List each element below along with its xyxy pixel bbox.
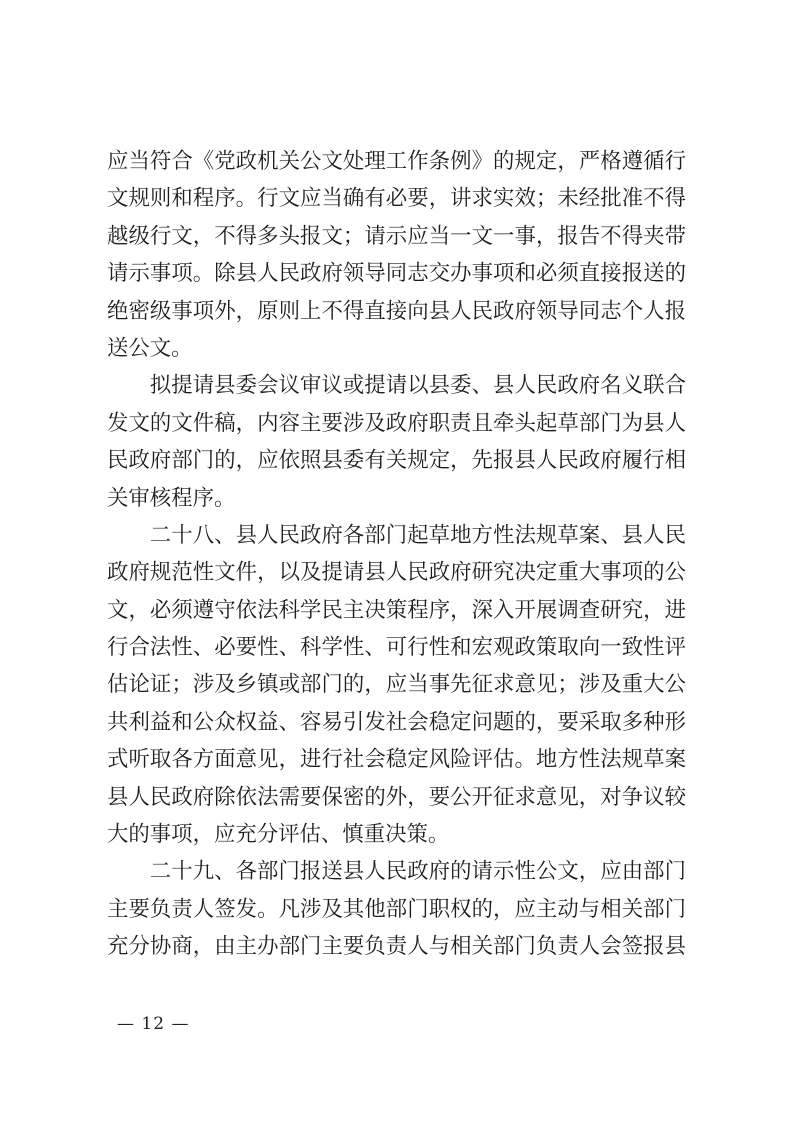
text-line: 估论证；涉及乡镇或部门的，应当事先征求意见；涉及重大公	[107, 666, 686, 703]
paragraph: 二十八、县人民政府各部门起草地方性法规草案、县人民 政府规范性文件，以及提请县人…	[107, 517, 686, 854]
paragraph: 应当符合《党政机关公文处理工作条例》的规定，严格遵循行 文规则和程序。行文应当确…	[107, 143, 686, 367]
text-line: 大的事项，应充分评估、慎重决策。	[107, 816, 686, 853]
text-line: 民政府部门的，应依照县委有关规定，先报县人民政府履行相	[107, 442, 686, 479]
text-line: 绝密级事项外，原则上不得直接向县人民政府领导同志个人报	[107, 293, 686, 330]
text-line: 共利益和公众权益、容易引发社会稳定问题的，要采取多种形	[107, 704, 686, 741]
text-line: 送公文。	[107, 330, 686, 367]
text-line: 二十九、各部门报送县人民政府的请示性公文，应由部门	[107, 853, 686, 890]
text-line: 行合法性、必要性、科学性、可行性和宏观政策取向一致性评	[107, 629, 686, 666]
text-line: 充分协商，由主办部门主要负责人与相关部门负责人会签报县	[107, 928, 686, 965]
text-line: 式听取各方面意见，进行社会稳定风险评估。地方性法规草案	[107, 741, 686, 778]
text-line: 政府规范性文件，以及提请县人民政府研究决定重大事项的公	[107, 554, 686, 591]
text-line: 请示事项。除县人民政府领导同志交办事项和必须直接报送的	[107, 255, 686, 292]
text-line: 应当符合《党政机关公文处理工作条例》的规定，严格遵循行	[107, 143, 686, 180]
text-line: 文规则和程序。行文应当确有必要，讲求实效；未经批准不得	[107, 180, 686, 217]
text-line: 越级行文，不得多头报文；请示应当一文一事，报告不得夹带	[107, 218, 686, 255]
document-body: 应当符合《党政机关公文处理工作条例》的规定，严格遵循行 文规则和程序。行文应当确…	[107, 143, 686, 966]
document-page: 应当符合《党政机关公文处理工作条例》的规定，严格遵循行 文规则和程序。行文应当确…	[0, 0, 793, 1122]
text-line: 发文的文件稿，内容主要涉及政府职责且牵头起草部门为县人	[107, 405, 686, 442]
text-line: 主要负责人签发。凡涉及其他部门职权的，应主动与相关部门	[107, 891, 686, 928]
text-line: 文，必须遵守依法科学民主决策程序，深入开展调查研究，进	[107, 592, 686, 629]
page-number: — 12 —	[117, 1013, 189, 1035]
text-line: 县人民政府除依法需要保密的外，要公开征求意见，对争议较	[107, 779, 686, 816]
paragraph: 二十九、各部门报送县人民政府的请示性公文，应由部门 主要负责人签发。凡涉及其他部…	[107, 853, 686, 965]
text-line: 二十八、县人民政府各部门起草地方性法规草案、县人民	[107, 517, 686, 554]
text-line: 拟提请县委会议审议或提请以县委、县人民政府名义联合	[107, 367, 686, 404]
text-line: 关审核程序。	[107, 480, 686, 517]
paragraph: 拟提请县委会议审议或提请以县委、县人民政府名义联合 发文的文件稿，内容主要涉及政…	[107, 367, 686, 517]
